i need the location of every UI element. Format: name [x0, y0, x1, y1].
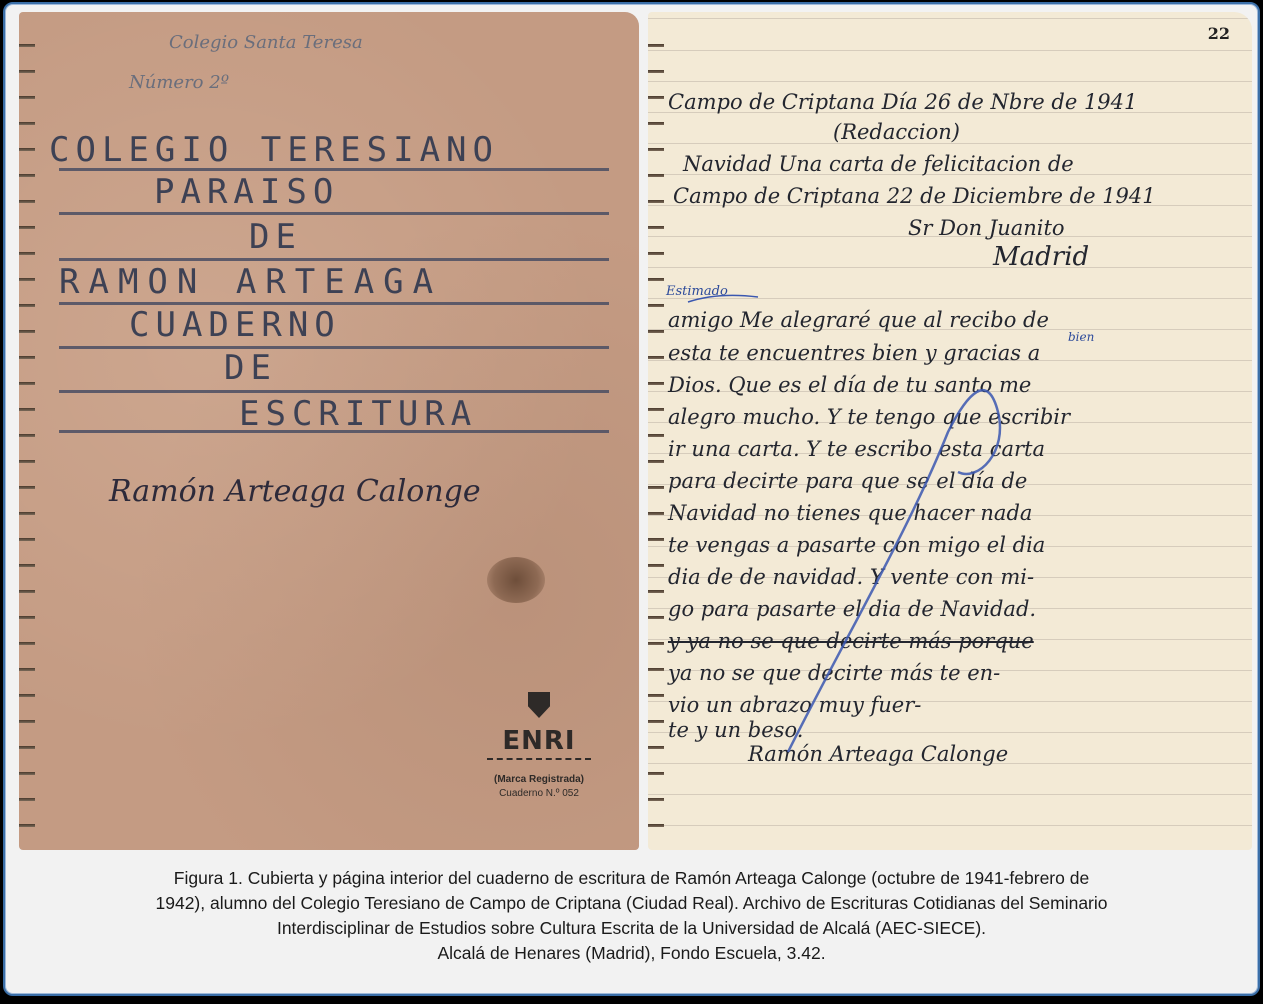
brand-underline: [487, 758, 591, 763]
rule-line: [59, 212, 609, 215]
cover-title-line: COLEGIO TERESIANO: [49, 130, 619, 170]
notebook-page-image: 22 Campo de Criptana Día 26 de Nbre de 1…: [648, 12, 1252, 850]
teacher-check-mark-icon: [648, 12, 1252, 850]
figure-frame: Colegio Santa Teresa Número 2º COLEGIO T…: [3, 2, 1260, 996]
cover-title-line: DE: [249, 217, 619, 257]
figure-caption: Figura 1. Cubierta y página interior del…: [25, 866, 1238, 966]
shield-logo-icon: [528, 692, 550, 718]
publisher-stamp: ENRI (Marca Registrada) Cuaderno N.º 052: [469, 692, 609, 801]
notebook-cover-image: Colegio Santa Teresa Número 2º COLEGIO T…: [19, 12, 639, 850]
caption-line: Figura 1. Cubierta y página interior del…: [25, 866, 1238, 891]
caption-line: Interdisciplinar de Estudios sobre Cultu…: [25, 916, 1238, 941]
cover-title-line: ESCRITURA: [239, 394, 619, 434]
rule-line: [59, 168, 609, 171]
cover-signature: Ramón Arteaga Calonge: [109, 474, 481, 509]
cover-title-line: RAMON ARTEAGA: [59, 262, 619, 302]
rule-line: [59, 430, 609, 433]
ink-stain: [487, 557, 545, 603]
brand-name: ENRI: [469, 726, 609, 756]
cover-title-line: CUADERNO: [129, 305, 619, 345]
rule-line: [59, 390, 609, 393]
spiral-binding: [19, 32, 35, 842]
cover-title-line: DE: [224, 348, 619, 388]
pencil-note-number: Número 2º: [129, 72, 229, 93]
caption-line: Alcalá de Henares (Madrid), Fondo Escuel…: [25, 941, 1238, 966]
cover-title-line: PARAISO: [154, 172, 619, 212]
rule-line: [59, 258, 609, 261]
pencil-note-school: Colegio Santa Teresa: [169, 32, 363, 53]
caption-line: 1942), alumno del Colegio Teresiano de C…: [25, 891, 1238, 916]
stamp-trademark: (Marca Registrada): [469, 773, 609, 787]
stamp-notebook-number: Cuaderno N.º 052: [469, 787, 609, 801]
